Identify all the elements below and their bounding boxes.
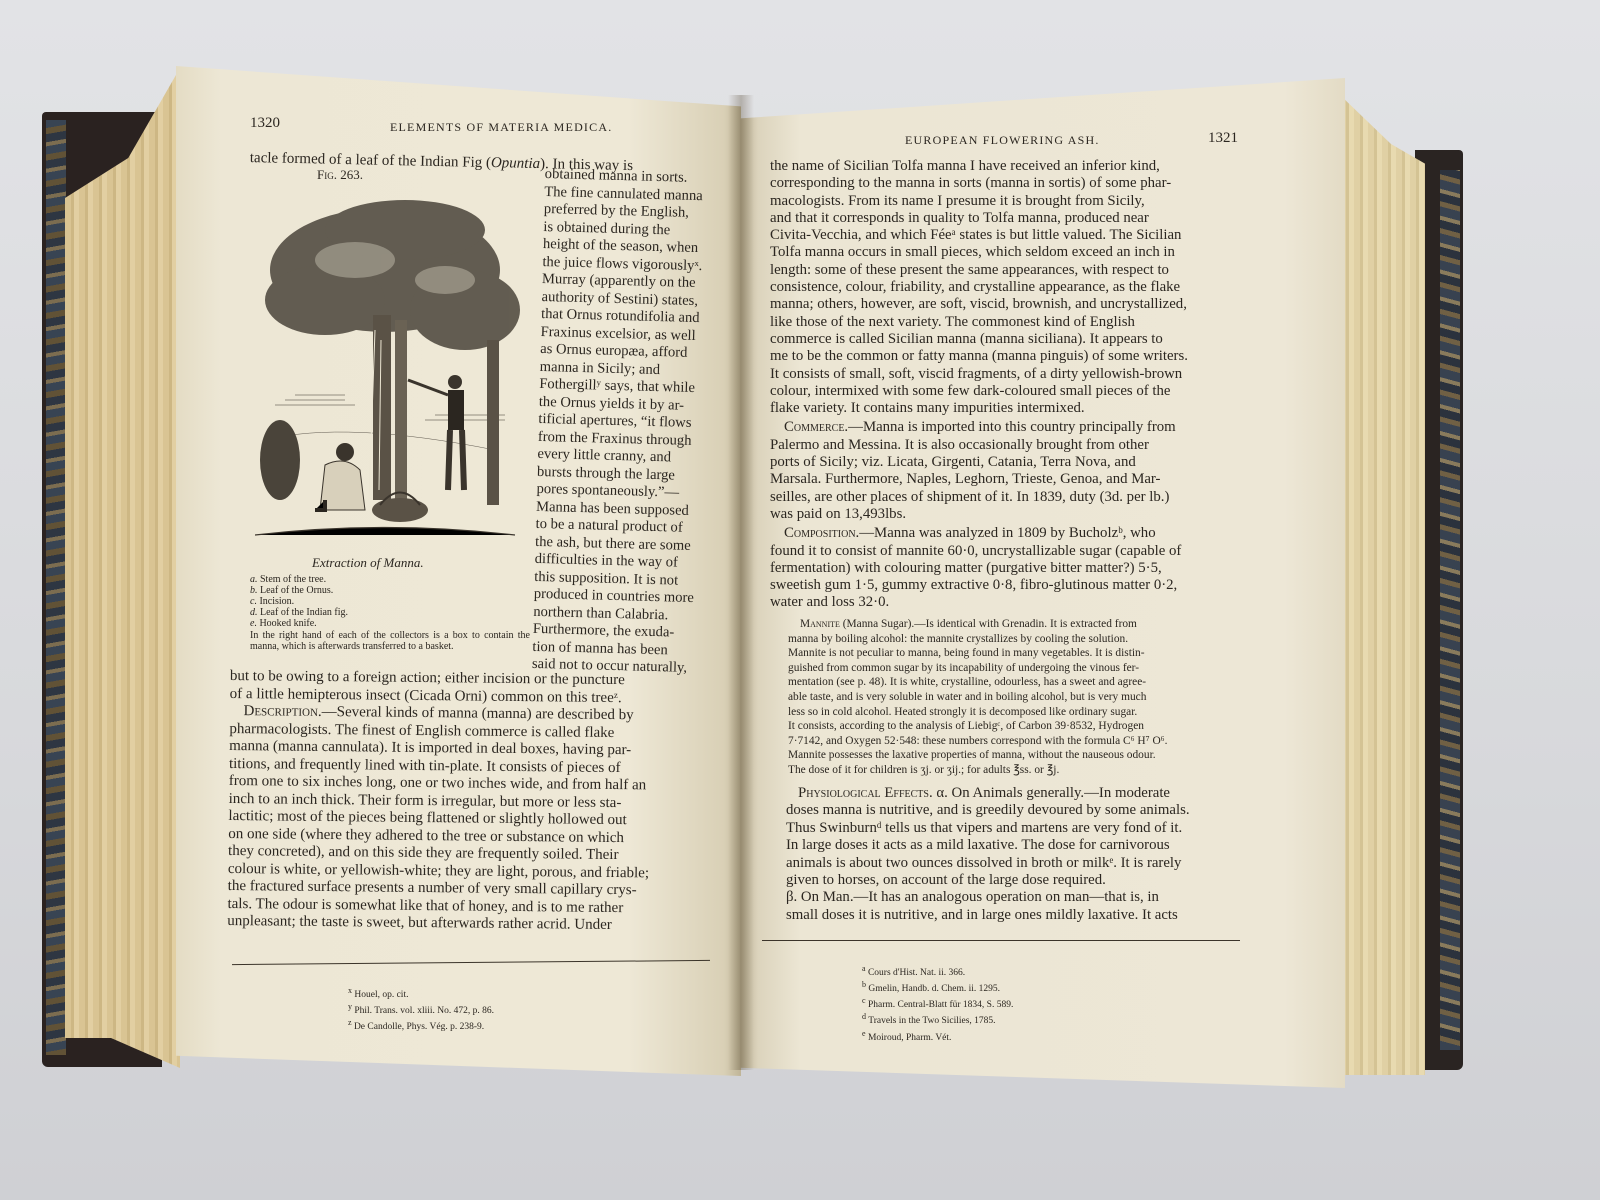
section-heading-mannite: Mannite [800,618,840,630]
footnote: d Travels in the Two Sicilies, 1785. [862,1011,1013,1027]
side-column-text: obtained manna in sorts. The fine cannul… [532,166,725,678]
left-running-head: ELEMENTS OF MATERIA MEDICA. [390,120,612,135]
book-gutter [728,95,754,1070]
page-edges-right [1340,95,1425,1075]
section-heading-composition: Composition. [784,525,859,541]
right-page-number: 1321 [1208,130,1238,147]
figure-note: In the right hand of each of the collect… [250,631,530,652]
right-intro-text: the name of Sicilian Tolfa manna I have … [770,158,1242,612]
figure-legend: a. Stem of the tree. b. Leaf of the Ornu… [250,574,348,629]
footnote: b Gmelin, Handb. d. Chem. ii. 1295. [862,979,1013,995]
marbled-edge-right [1440,170,1460,1050]
right-footnotes: a Cours d'Hist. Nat. ii. 366. b Gmelin, … [862,963,1013,1044]
legend-item: c. Incision. [250,596,348,607]
marbled-edge-left [46,120,66,1055]
footnote: c Pharm. Central-Blatt für 1834, S. 589. [862,995,1013,1011]
legend-item: a. Stem of the tree. [250,574,348,585]
section-heading-physiological-effects: Physiological Effects. [798,785,933,801]
engraving-illustration [255,190,525,555]
legend-item: e. Hooked knife. [250,618,348,629]
section-heading-description: Description. [243,703,321,720]
footnote: x Houel, op. cit. [348,985,494,1001]
footnote-rule-right [762,940,1240,941]
mannite-paragraph: Mannite (Manna Sugar).—Is identical with… [788,617,1240,778]
right-running-head: EUROPEAN FLOWERING ASH. [905,133,1100,148]
figure-label: Fig. 263. [317,167,363,183]
left-footnotes: x Houel, op. cit. y Phil. Trans. vol. xl… [348,985,494,1033]
left-page-number: 1320 [250,115,280,132]
legend-item: b. Leaf of the Ornus. [250,585,348,596]
legend-item: d. Leaf of the Indian fig. [250,607,348,618]
physiological-effects-paragraph: Physiological Effects. α. On Animals gen… [786,785,1241,924]
footnote: a Cours d'Hist. Nat. ii. 366. [862,963,1013,979]
footnote: e Moiroud, Pharm. Vét. [862,1028,1013,1044]
figure-caption: Extraction of Manna. [312,555,424,571]
page-edges-left [65,68,180,1068]
footnote: y Phil. Trans. vol. xliii. No. 472, p. 8… [348,1001,494,1017]
section-heading-commerce: Commerce. [784,419,848,435]
footnote: z De Candolle, Phys. Vég. p. 238-9. [348,1017,494,1033]
left-body-text: but to be owing to a foreign action; eit… [227,668,720,936]
